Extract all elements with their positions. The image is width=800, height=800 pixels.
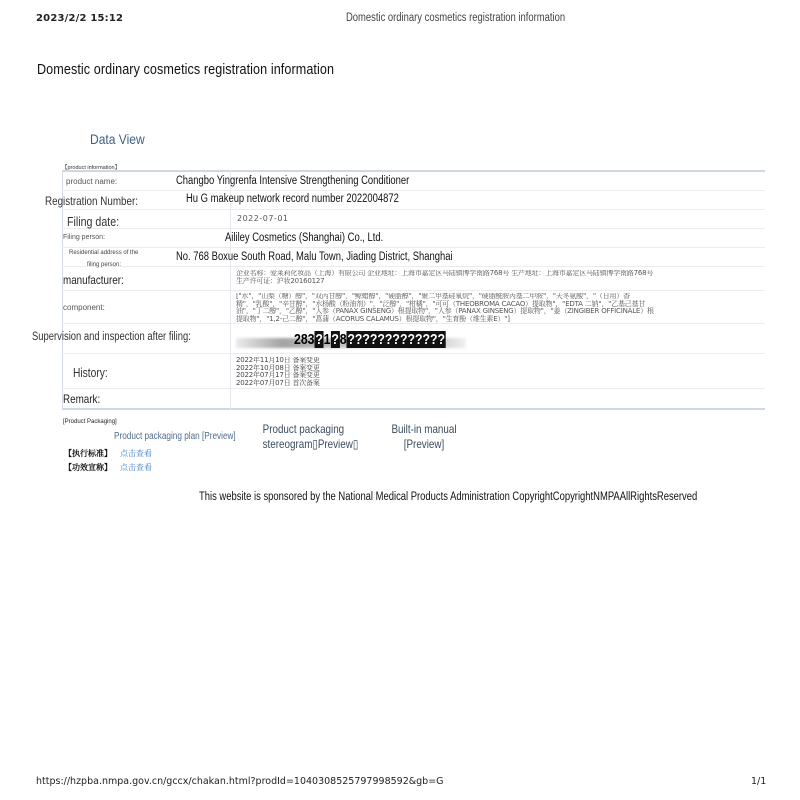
row-divider (62, 353, 765, 354)
stereogram-line1: Product packaging (263, 422, 342, 437)
filing-date-label: Filing date: (67, 214, 119, 229)
row-divider (62, 228, 765, 229)
packaging-stereogram-link[interactable]: Product packaging stereogram▯Preview▯ (254, 422, 350, 452)
row-divider (62, 247, 765, 248)
product-name-value: Changbo Yingrenfa Intensive Strengthenin… (176, 175, 409, 187)
row-divider (62, 323, 765, 324)
residential-address-value: No. 768 Boxue South Road, Malu Town, Jia… (176, 251, 453, 263)
residential-address-label-line2: filing person: (87, 262, 121, 268)
supervision-value-mid: 1 (324, 331, 331, 348)
manual-line1: Built-in manual (391, 422, 457, 437)
manual-line2: [Preview] (391, 437, 457, 452)
execution-standard-view-link[interactable]: 点击查看 (120, 449, 152, 458)
table-border-bottom (62, 408, 765, 410)
registration-number-label: Registration Number: (45, 194, 138, 208)
efficacy-claim-row: 【功效宣称】点击查看 (64, 462, 152, 473)
filing-person-value: Aililey Cosmetics (Shanghai) Co., Ltd. (225, 232, 383, 244)
filing-date-value: 2022-07-01 (237, 214, 289, 223)
print-title: Domestic ordinary cosmetics registration… (346, 12, 565, 24)
product-packaging-plan-link[interactable]: Product packaging plan [Preview] (114, 431, 236, 442)
data-view-heading: Data View (90, 131, 145, 147)
component-value: ["水"，"山梨（糖）醇"，"双丙甘醇"，"鲸蜡醇"，"硬脂醇"，"聚二甲基硅氧… (236, 293, 764, 323)
history-entry: 2022年07月07日 首次备案 (236, 380, 436, 388)
supervision-value-prefix: 283 (294, 331, 315, 348)
history-list: 2022年11月10日 备案变更 2022年10月08日 备案变更 2022年0… (236, 357, 436, 387)
table-border-top (62, 170, 765, 172)
manufacturer-label: manufacturer: (63, 273, 124, 287)
page-title: Domestic ordinary cosmetics registration… (37, 61, 334, 78)
registration-number-value: Hu G makeup network record number 202200… (186, 193, 399, 205)
row-divider (62, 388, 765, 389)
history-label: History: (73, 366, 108, 380)
stereogram-line2: stereogram▯Preview▯ (263, 437, 342, 452)
product-name-label: product name: (66, 177, 117, 186)
filing-person-label: Filing person: (63, 234, 105, 241)
manufacturer-value-line2: 生产许可证：沪妆20160127 (236, 278, 764, 286)
row-divider (62, 190, 765, 191)
print-footer-page-number: 1/1 (751, 776, 766, 787)
supervision-value-garbled: ????????????? (347, 331, 446, 348)
supervision-value-box: ? (315, 331, 324, 348)
supervision-value-box: ? (331, 331, 340, 348)
supervision-value: 283?1?8????????????? (294, 331, 446, 348)
efficacy-claim-view-link[interactable]: 点击查看 (120, 463, 152, 472)
efficacy-claim-label: 【功效宣称】 (64, 463, 112, 472)
supervision-label: Supervision and inspection after filing: (32, 331, 191, 343)
print-datetime: 2023/2/2 15:12 (36, 13, 123, 24)
product-packaging-label: [Product Packaging] (63, 419, 117, 425)
print-header: 2023/2/2 15:12 Domestic ordinary cosmeti… (0, 0, 800, 30)
remark-label: Remark: (63, 392, 100, 406)
component-value-line4: 提取物"，"1,2-己二醇"，"菖蒲（ACORUS CALAMUS）根提取物"，… (236, 316, 764, 324)
execution-standard-label: 【执行标准】 (64, 449, 112, 458)
execution-standard-row: 【执行标准】点击查看 (64, 448, 152, 459)
manufacturer-value: 企业名称：爱莱莉化妆品（上海）有限公司 企业地址：上海市嘉定区马陆镇博学南路76… (236, 270, 764, 285)
component-label: component: (63, 303, 105, 312)
print-footer-url: https://hzpba.nmpa.gov.cn/gccx/chakan.ht… (36, 776, 444, 787)
built-in-manual-link[interactable]: Built-in manual [Preview] (384, 422, 464, 452)
row-divider (62, 266, 765, 267)
sponsor-copyright-note: This website is sponsored by the Nationa… (199, 491, 697, 503)
residential-address-label-line1: Residential address of the (69, 250, 138, 256)
row-divider (62, 290, 765, 291)
row-divider (62, 209, 765, 210)
